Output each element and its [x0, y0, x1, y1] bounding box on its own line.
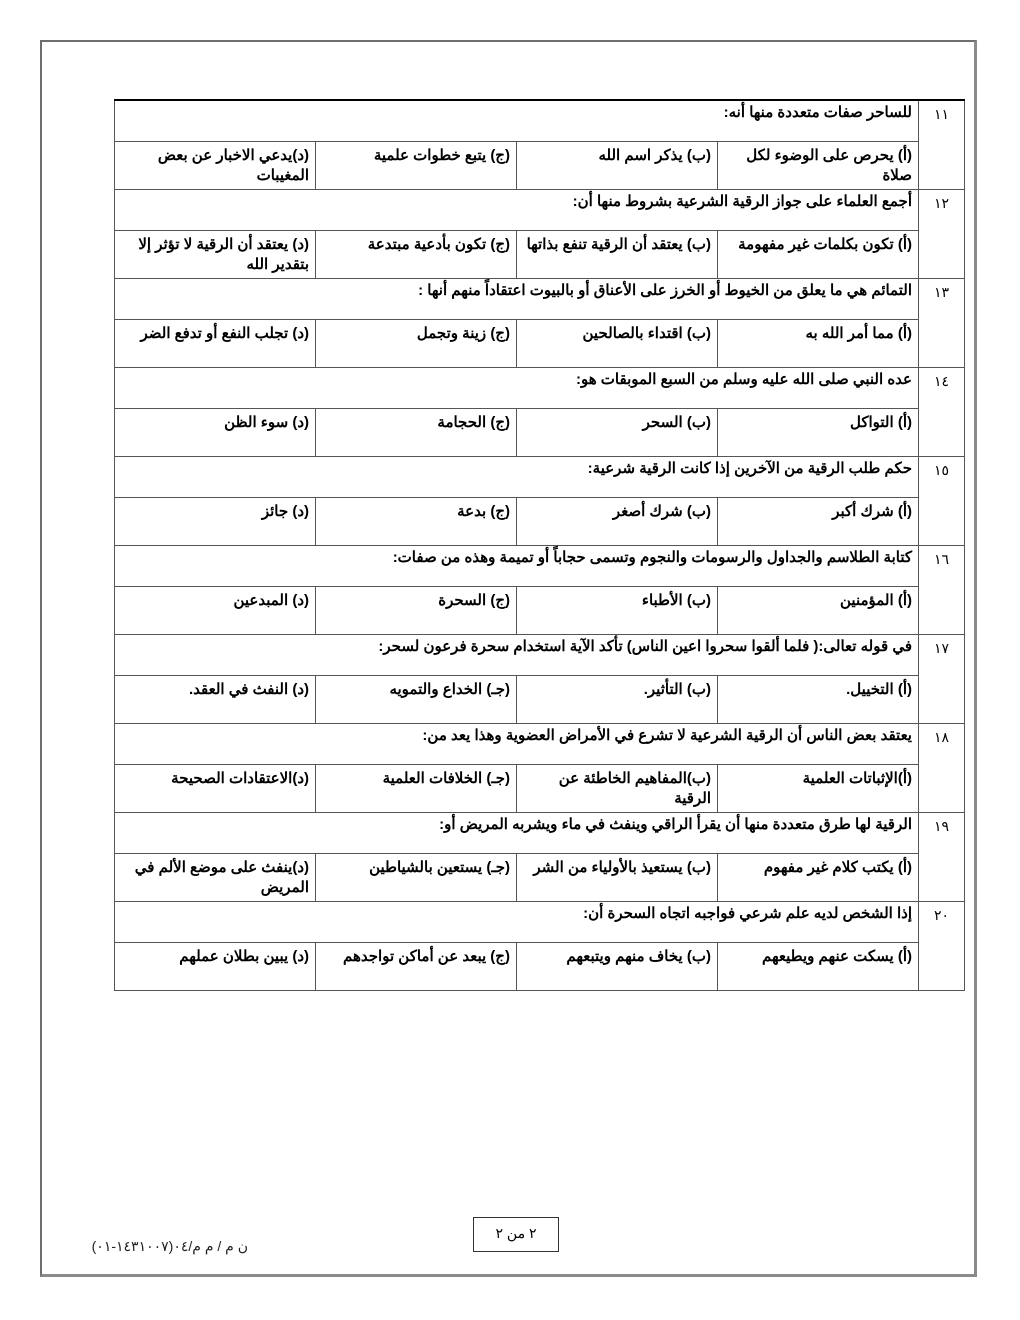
question-stem: يعتقد بعض الناس أن الرقية الشرعية لا تشر…	[115, 724, 919, 765]
option-d[interactable]: (د) يبين بطلان عملهم	[115, 943, 316, 991]
options-row: (أ) المؤمنين (ب) الأطباء (ج) السحرة (د) …	[115, 587, 965, 635]
question-stem: كتابة الطلاسم والجداول والرسومات والنجوم…	[115, 546, 919, 587]
question-number: ٢٠	[919, 902, 965, 991]
question-row: ١٥ حكم طلب الرقية من الآخرين إذا كانت ال…	[115, 457, 965, 498]
question-stem: أجمع العلماء على جواز الرقية الشرعية بشر…	[115, 190, 919, 231]
question-stem: في قوله تعالى:( فلما ألقوا سحروا اعين ال…	[115, 635, 919, 676]
question-number: ١٣	[919, 279, 965, 368]
option-c[interactable]: (ج) الحجامة	[316, 409, 517, 457]
question-number: ١٥	[919, 457, 965, 546]
option-a[interactable]: (أ) يكتب كلام غير مفهوم	[718, 854, 919, 902]
option-d[interactable]: (د) النفث في العقد.	[115, 676, 316, 724]
option-a[interactable]: (أ) مما أمر الله به	[718, 320, 919, 368]
option-c[interactable]: (ج) يتبع خطوات علمية	[316, 142, 517, 190]
option-d[interactable]: (د) يعتقد أن الرقية لا تؤثر إلا بتقدير ا…	[115, 231, 316, 279]
option-a[interactable]: (أ) يحرص على الوضوء لكل صلاة	[718, 142, 919, 190]
question-number: ١٩	[919, 813, 965, 902]
options-row: (أ) التواكل (ب) السحر (ج) الحجامة (د) سو…	[115, 409, 965, 457]
option-c[interactable]: (ج) تكون بأدعية مبتدعة	[316, 231, 517, 279]
question-number: ١٧	[919, 635, 965, 724]
option-d[interactable]: (د) تجلب النفع أو تدفع الضر	[115, 320, 316, 368]
question-row: ١٨ يعتقد بعض الناس أن الرقية الشرعية لا …	[115, 724, 965, 765]
document-code: ن م / م م/٠٤(١٤٣١٠٠٧-٠١)	[58, 1238, 248, 1255]
question-row: ١٣ التمائم هي ما يعلق من الخيوط أو الخرز…	[115, 279, 965, 320]
option-b[interactable]: (ب) يخاف منهم ويتبعهم	[517, 943, 718, 991]
options-row: (أ) يكتب كلام غير مفهوم (ب) يستعيذ بالأو…	[115, 854, 965, 902]
question-number: ١٨	[919, 724, 965, 813]
option-b[interactable]: (ب) يستعيذ بالأولياء من الشر	[517, 854, 718, 902]
option-b[interactable]: (ب) يعتقد أن الرقية تنفع بذاتها	[517, 231, 718, 279]
option-b[interactable]: (ب) يذكر اسم الله	[517, 142, 718, 190]
options-row: (أ) مما أمر الله به (ب) اقتداء بالصالحين…	[115, 320, 965, 368]
option-d[interactable]: (د)ينفث على موضع الألم في المريض	[115, 854, 316, 902]
question-number: ١٤	[919, 368, 965, 457]
option-d[interactable]: (د)الاعتقادات الصحيحة	[115, 765, 316, 813]
options-row: (أ) يسكت عنهم ويطيعهم (ب) يخاف منهم ويتب…	[115, 943, 965, 991]
question-row: ١٢ أجمع العلماء على جواز الرقية الشرعية …	[115, 190, 965, 231]
option-c[interactable]: (جـ) يستعين بالشياطين	[316, 854, 517, 902]
option-a[interactable]: (أ) التواكل	[718, 409, 919, 457]
options-row: (أ) التخييل. (ب) التأثير. (جـ) الخداع وا…	[115, 676, 965, 724]
question-row: ١٧ في قوله تعالى:( فلما ألقوا سحروا اعين…	[115, 635, 965, 676]
option-c[interactable]: (ج) السحرة	[316, 587, 517, 635]
question-stem: التمائم هي ما يعلق من الخيوط أو الخرز عل…	[115, 279, 919, 320]
question-stem: للساحر صفات متعددة منها أنه:	[115, 100, 919, 142]
option-a[interactable]: (أ) شرك أكبر	[718, 498, 919, 546]
option-c[interactable]: (جـ) الخداع والتمويه	[316, 676, 517, 724]
page-indicator: ٢ من ٢	[473, 1217, 559, 1252]
question-stem: الرقية لها طرق متعددة منها أن يقرأ الراق…	[115, 813, 919, 854]
question-row: ٢٠ إذا الشخص لديه علم شرعي فواجبه اتجاه …	[115, 902, 965, 943]
option-b[interactable]: (ب) اقتداء بالصالحين	[517, 320, 718, 368]
option-c[interactable]: (جـ) الخلافات العلمية	[316, 765, 517, 813]
question-row: ١٦ كتابة الطلاسم والجداول والرسومات والن…	[115, 546, 965, 587]
question-row: ١٤ عده النبي صلى الله عليه وسلم من السبع…	[115, 368, 965, 409]
question-number: ١٢	[919, 190, 965, 279]
option-a[interactable]: (أ) تكون بكلمات غير مفهومة	[718, 231, 919, 279]
option-d[interactable]: (د) المبدعين	[115, 587, 316, 635]
option-c[interactable]: (ج) بدعة	[316, 498, 517, 546]
questions-table: ١١ للساحر صفات متعددة منها أنه: (أ) يحرص…	[114, 99, 965, 991]
options-row: (أ) شرك أكبر (ب) شرك أصغر (ج) بدعة (د) ج…	[115, 498, 965, 546]
options-row: (أ) تكون بكلمات غير مفهومة (ب) يعتقد أن …	[115, 231, 965, 279]
option-c[interactable]: (ج) زينة وتجمل	[316, 320, 517, 368]
option-a[interactable]: (أ) يسكت عنهم ويطيعهم	[718, 943, 919, 991]
option-d[interactable]: (د) سوء الظن	[115, 409, 316, 457]
option-b[interactable]: (ب) السحر	[517, 409, 718, 457]
options-row: (أ) يحرص على الوضوء لكل صلاة (ب) يذكر اس…	[115, 142, 965, 190]
question-stem: عده النبي صلى الله عليه وسلم من السبع ال…	[115, 368, 919, 409]
option-b[interactable]: (ب) شرك أصغر	[517, 498, 718, 546]
question-row: ١٩ الرقية لها طرق متعددة منها أن يقرأ ال…	[115, 813, 965, 854]
option-a[interactable]: (أ) التخييل.	[718, 676, 919, 724]
option-b[interactable]: (ب)المفاهيم الخاطئة عن الرقية	[517, 765, 718, 813]
question-stem: إذا الشخص لديه علم شرعي فواجبه اتجاه الس…	[115, 902, 919, 943]
option-d[interactable]: (د)يدعي الاخبار عن بعض المغيبات	[115, 142, 316, 190]
option-b[interactable]: (ب) التأثير.	[517, 676, 718, 724]
option-c[interactable]: (ج) يبعد عن أماكن تواجدهم	[316, 943, 517, 991]
question-number: ١١	[919, 100, 965, 190]
option-b[interactable]: (ب) الأطباء	[517, 587, 718, 635]
question-stem: حكم طلب الرقية من الآخرين إذا كانت الرقي…	[115, 457, 919, 498]
option-d[interactable]: (د) جائز	[115, 498, 316, 546]
options-row: (أ)الإثباتات العلمية (ب)المفاهيم الخاطئة…	[115, 765, 965, 813]
option-a[interactable]: (أ) المؤمنين	[718, 587, 919, 635]
question-number: ١٦	[919, 546, 965, 635]
question-row: ١١ للساحر صفات متعددة منها أنه:	[115, 100, 965, 142]
option-a[interactable]: (أ)الإثباتات العلمية	[718, 765, 919, 813]
